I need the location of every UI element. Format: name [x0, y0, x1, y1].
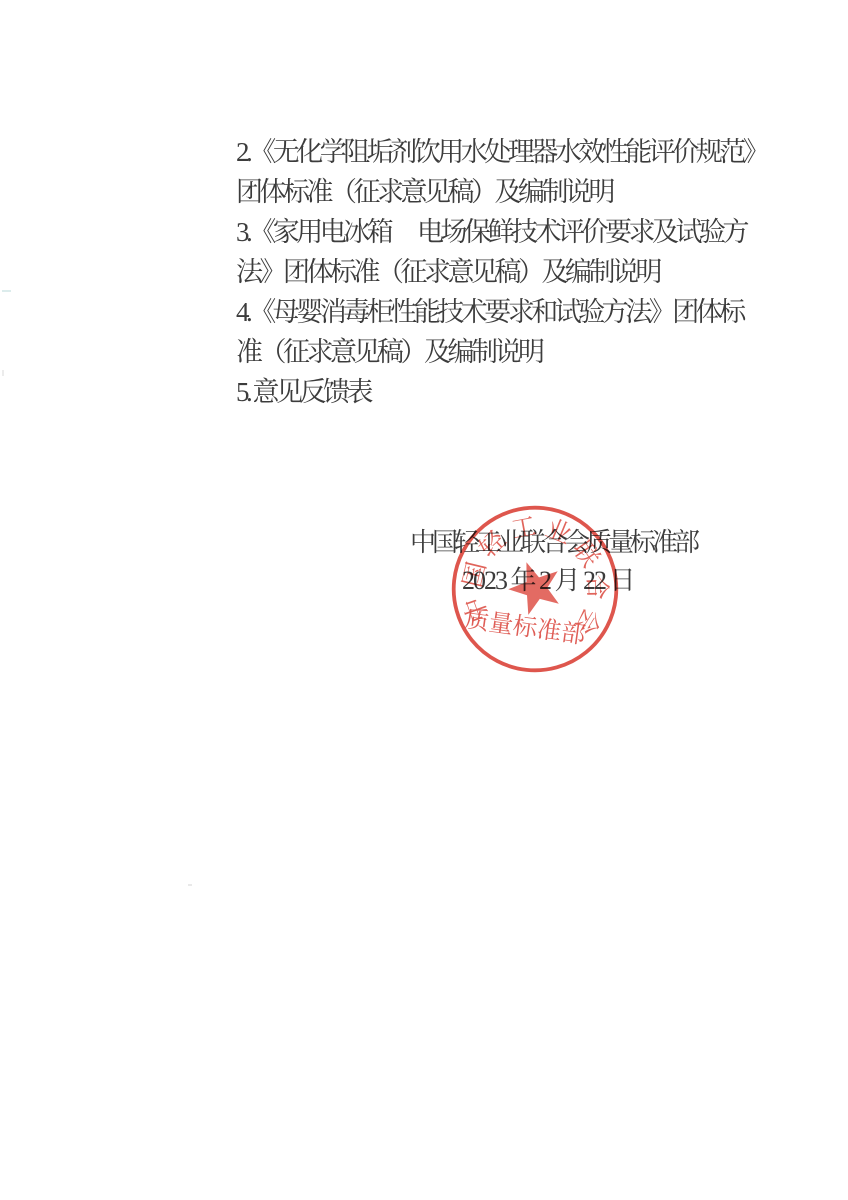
stamp-ring-char: 合: [582, 574, 611, 600]
star-icon: [506, 561, 563, 618]
official-stamp: 中国轻工业联合会 质量标准部: [447, 501, 623, 677]
stamp-bottom-label: 质量标准部: [463, 606, 587, 650]
attachment-line: 法》团体标准（征求意见稿）及编制说明: [236, 252, 816, 292]
stamp-ring-char: 国: [459, 559, 491, 590]
scan-artifact: [2, 370, 4, 376]
attachment-line: 3.《家用电冰箱 电场保鲜技术评价要求及试验方: [236, 212, 816, 252]
document-page: 2.《无化学阻垢剂饮用水处理器水效性能评价规范》 团体标准（征求意见稿）及编制说…: [0, 0, 848, 1200]
attachment-line: 2.《无化学阻垢剂饮用水处理器水效性能评价规范》: [236, 132, 816, 172]
attachment-line: 团体标准（征求意见稿）及编制说明: [236, 172, 816, 212]
scan-artifact: [188, 884, 192, 886]
attachments-list: 2.《无化学阻垢剂饮用水处理器水效性能评价规范》 团体标准（征求意见稿）及编制说…: [236, 132, 816, 412]
stamp-ring-char: 工: [509, 513, 539, 544]
stamp-ring-char: 业: [542, 515, 576, 550]
attachment-line: 5. 意见反馈表: [236, 372, 816, 412]
scan-artifact: [2, 290, 11, 292]
attachment-line: 准（征求意见稿）及编制说明: [236, 332, 816, 372]
attachment-line: 4.《母婴消毒柜性能技术要求和试验方法》团体标: [236, 292, 816, 332]
